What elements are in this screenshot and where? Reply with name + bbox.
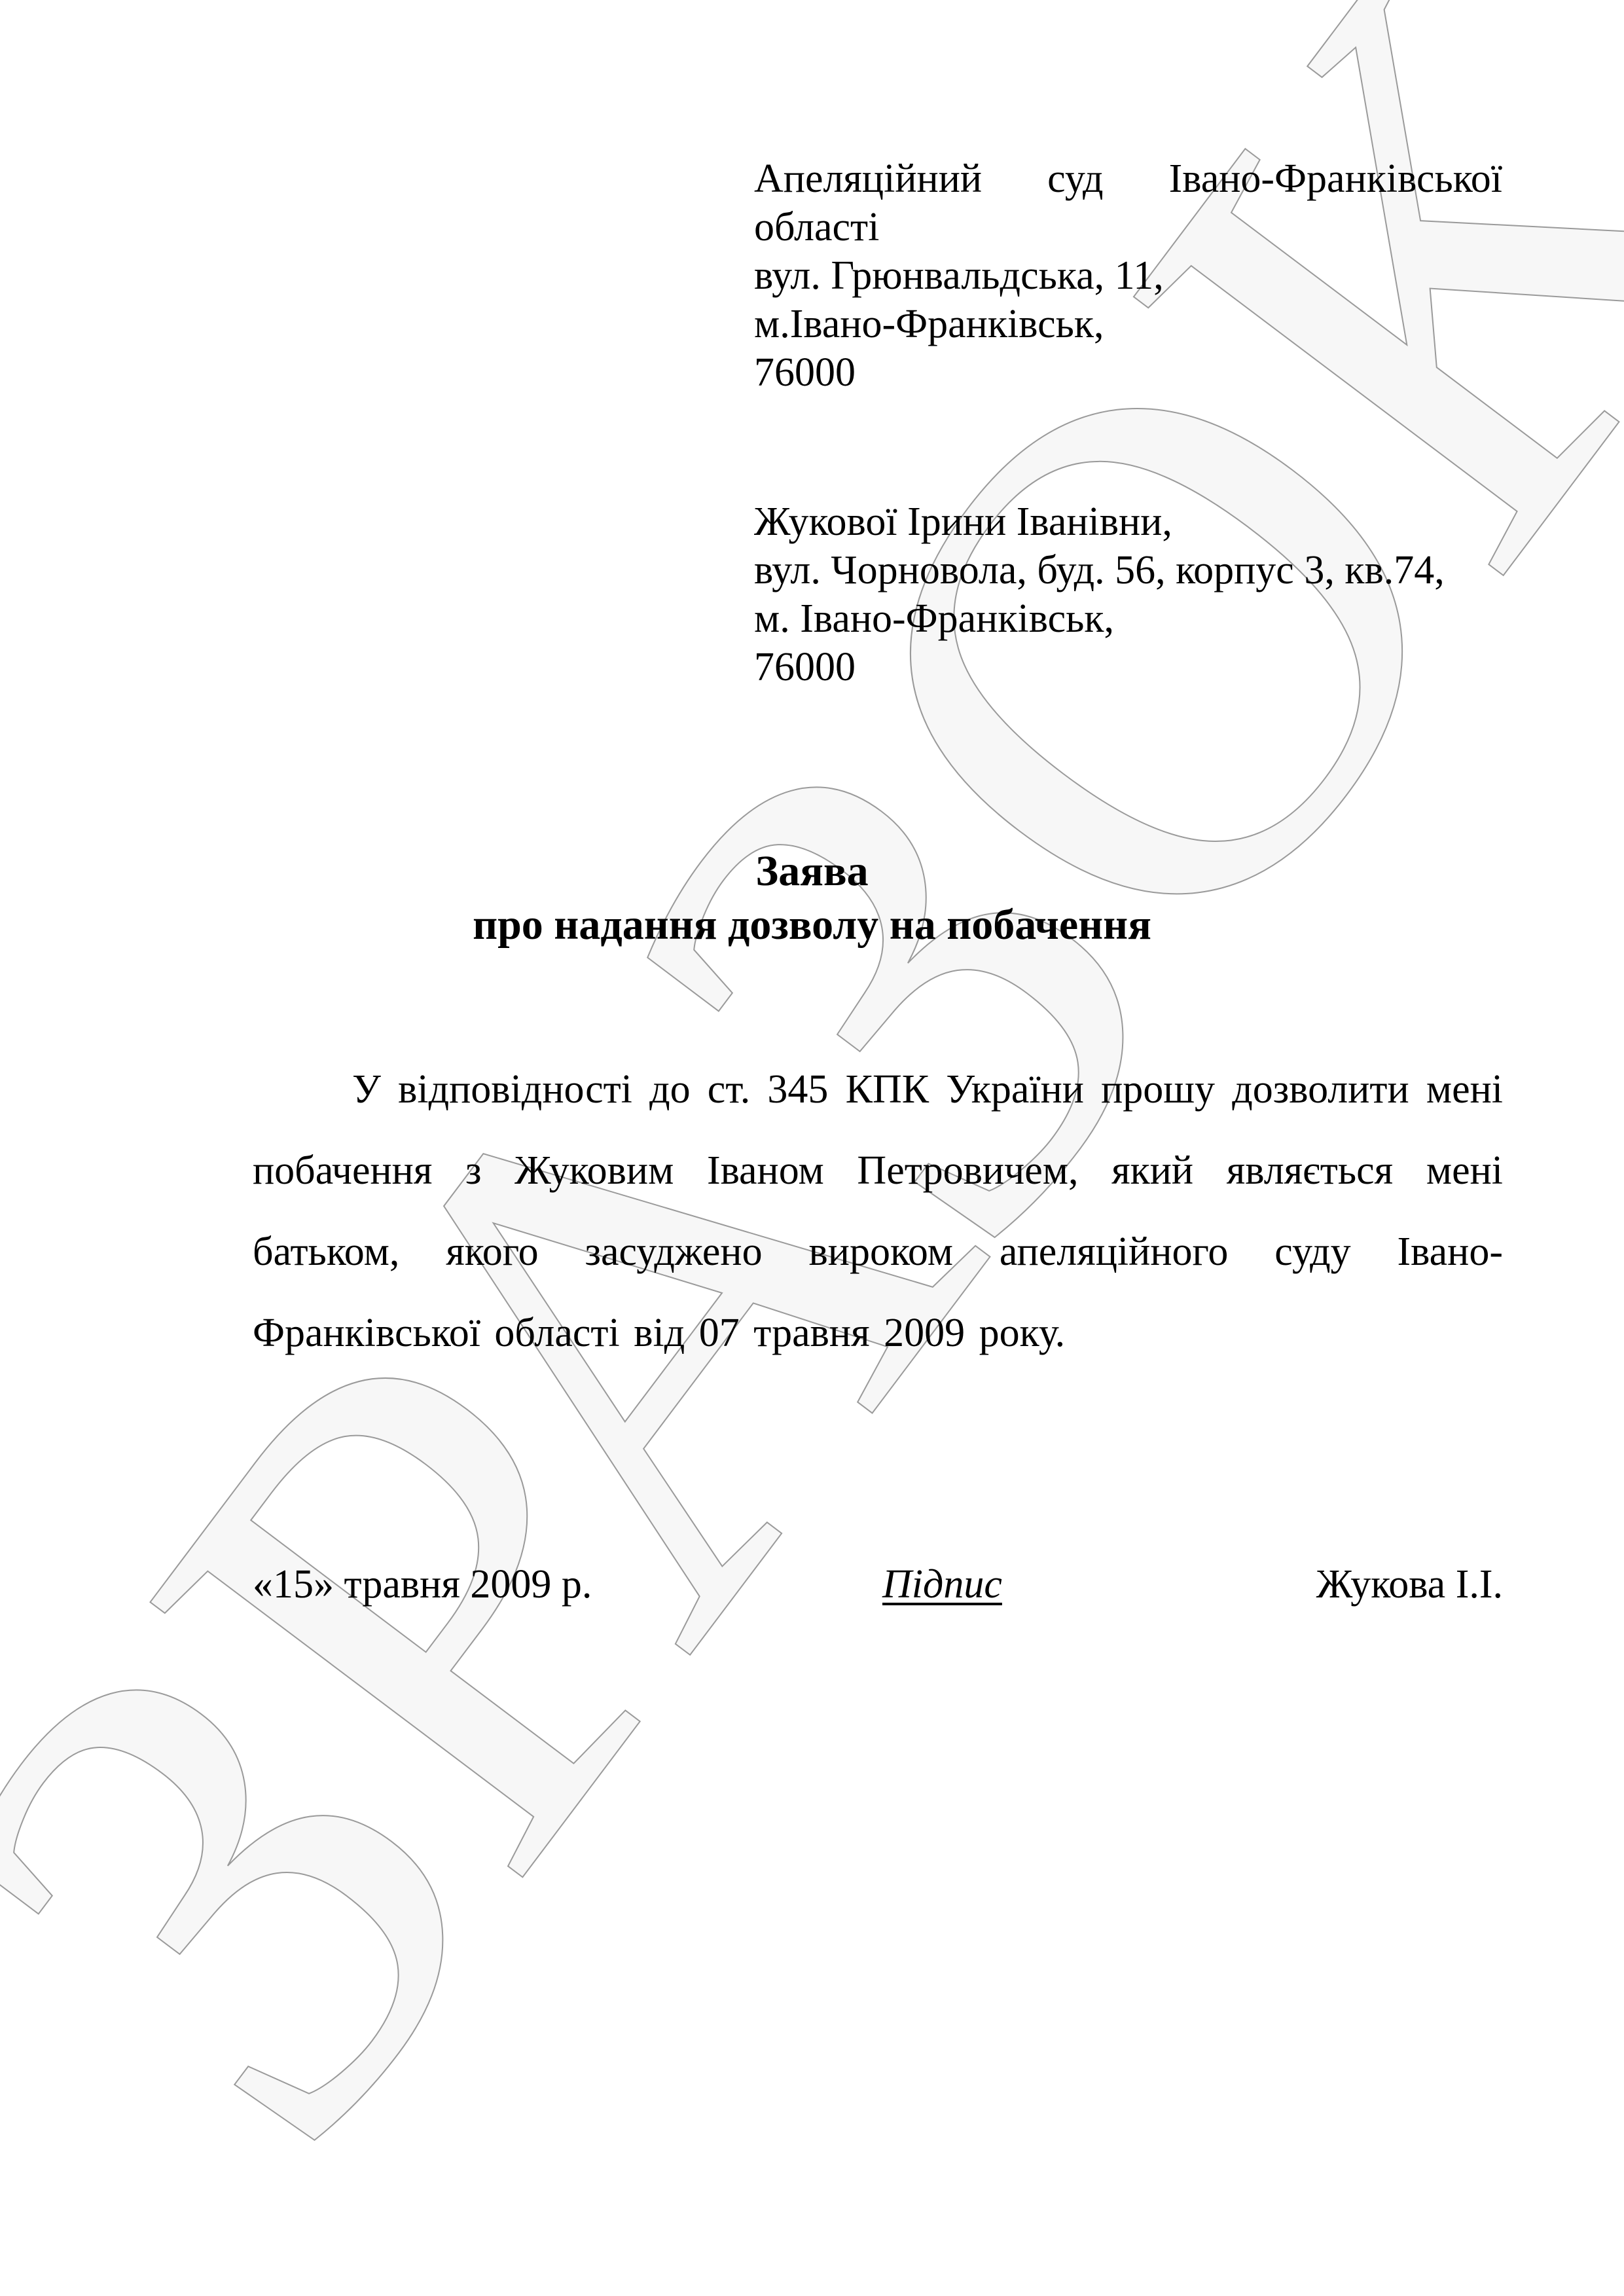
body-paragraph: У відповідності до ст. 345 КПК України п… — [253, 1049, 1503, 1374]
applicant-street: вул. Чорновола, буд. 56, корпус 3, кв.74… — [754, 546, 1502, 594]
document-page: ЗРАЗОК Апеляційний суд Івано-Франківсько… — [0, 0, 1624, 2296]
signatory-name: Жукова І.І. — [1316, 1558, 1503, 1611]
signature-placeholder: Підпис — [882, 1558, 1002, 1611]
title-subheading: про надання дозволу на побачення — [0, 898, 1624, 952]
recipient-city: м.Івано-Франківськ, — [754, 300, 1502, 348]
recipient-street: вул. Грюнвальдська, 11, — [754, 251, 1502, 300]
applicant-name: Жукової Ірини Іванівни, — [754, 498, 1502, 546]
recipient-court-region: області — [754, 203, 1502, 251]
recipient-court-name: Апеляційний суд Івано-Франківської — [754, 155, 1502, 203]
applicant-address-block: Жукової Ірини Іванівни, вул. Чорновола, … — [754, 498, 1502, 691]
applicant-city: м. Івано-Франківськ, — [754, 594, 1502, 643]
title-heading: Заява — [0, 845, 1624, 898]
applicant-postal-code: 76000 — [754, 643, 1502, 691]
signature-date: «15» травня 2009 р. — [253, 1558, 592, 1611]
recipient-address-block: Апеляційний суд Івано-Франківської облас… — [754, 155, 1502, 397]
signature-row: «15» травня 2009 р. Підпис Жукова І.І. — [253, 1558, 1503, 1611]
recipient-postal-code: 76000 — [754, 348, 1502, 397]
document-title: Заява про надання дозволу на побачення — [0, 845, 1624, 952]
